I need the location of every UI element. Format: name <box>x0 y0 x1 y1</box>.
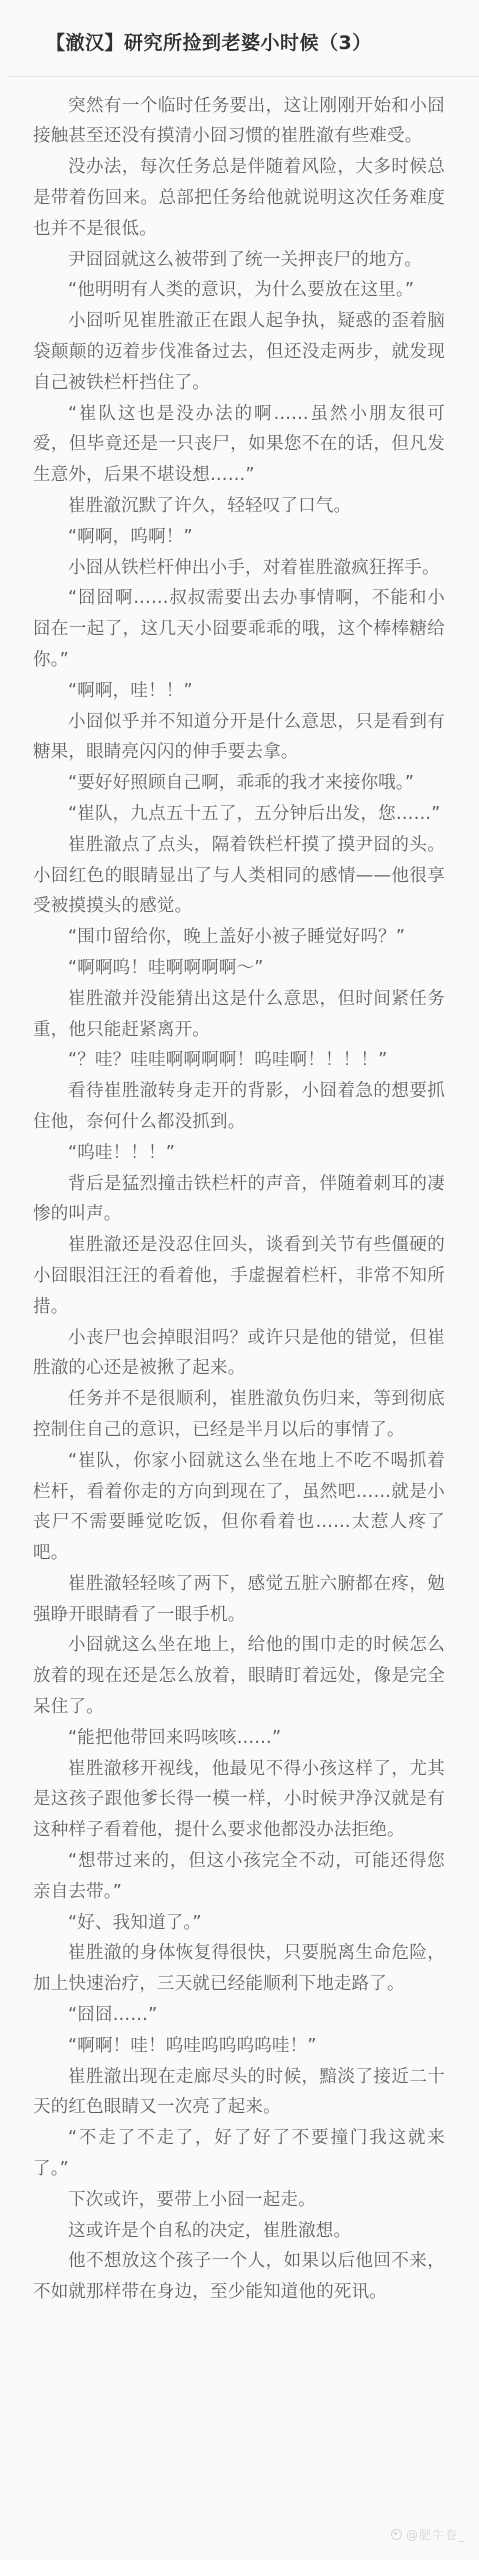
paragraph: “能把他带回来吗咳咳……” <box>33 1723 445 1754</box>
paragraph: “呜哇！！！” <box>33 1138 445 1169</box>
paragraph: “崔队，九点五十五了，五分钟后出发，您……” <box>33 799 445 830</box>
paragraph: 崔胜澈轻轻咳了两下，感觉五脏六腑都在疼，勉强睁开眼睛看了一眼手机。 <box>33 1569 445 1631</box>
paragraph: “崔队，你家小囧就这么坐在地上不吃不喝抓着栏杆，看着你走的方向到现在了，虽然吧…… <box>33 1446 445 1569</box>
paragraph: 小囧从铁栏杆伸出小手，对着崔胜澈疯狂挥手。 <box>33 553 445 584</box>
paragraph: “囧囧啊……叔叔需要出去办事情啊，不能和小囧在一起了，这几天小囧要乖乖的哦，这个… <box>33 583 445 675</box>
paragraph: “想带过来的，但这小孩完全不动，可能还得您亲自去带。” <box>33 1846 445 1908</box>
article-body: 突然有一个临时任务要出，这让刚刚开始和小囧接触甚至还没有摸清小囧习惯的崔胜澈有些… <box>0 77 479 2308</box>
paragraph: “啊啊，哇！！” <box>33 676 445 707</box>
paragraph: “围巾留给你，晚上盖好小被子睡觉好吗？” <box>33 922 445 953</box>
paragraph: 崔胜澈点了点头，隔着铁栏杆摸了摸尹囧的头。小囧红色的眼睛显出了与人类相同的感情—… <box>33 830 445 922</box>
paragraph: “啊啊呜！哇啊啊啊啊～” <box>33 953 445 984</box>
paragraph: 崔胜澈移开视线，他最见不得小孩这样了，尤其是这孩子跟他爹长得一模一样，小时候尹净… <box>33 1754 445 1846</box>
paragraph: “要好好照顾自己啊，乖乖的我才来接你哦。” <box>33 768 445 799</box>
paragraph: 小丧尸也会掉眼泪吗？或许只是他的错觉，但崔胜澈的心还是被揪了起来。 <box>33 1323 445 1385</box>
paragraph: 崔胜澈并没能猜出这是什么意思，但时间紧任务重，他只能赶紧离开。 <box>33 984 445 1046</box>
watermark-handle: @肥牛卷_ <box>406 2526 465 2543</box>
article-page: 【澈汉】研究所捡到老婆小时候（3） 突然有一个临时任务要出，这让刚刚开始和小囧接… <box>0 0 479 2560</box>
paragraph: “崔队这也是没办法的啊……虽然小朋友很可爱，但毕竟还是一只丧尸，如果您不在的话，… <box>33 399 445 491</box>
paragraph: 看待崔胜澈转身走开的背影，小囧着急的想要抓住他，奈何什么都没抓到。 <box>33 1076 445 1138</box>
paragraph: “？哇？哇哇啊啊啊啊！呜哇啊！！！！” <box>33 1045 445 1076</box>
paragraph: 崔胜澈出现在走廊尽头的时候，黯淡了接近二十天的红色眼睛又一次亮了起来。 <box>33 2062 445 2124</box>
paragraph: 下次或许，要带上小囧一起走。 <box>33 2185 445 2216</box>
paragraph: 这或许是个自私的决定，崔胜澈想。 <box>33 2216 445 2247</box>
paragraph: 他不想放这个孩子一个人，如果以后他回不来，不如就那样带在身边，至少能知道他的死讯… <box>33 2246 445 2308</box>
paragraph: “好、我知道了。” <box>33 1908 445 1939</box>
weibo-camera-icon <box>391 2529 402 2540</box>
paragraph: 崔胜澈还是没忍住回头，谈看到关节有些僵硬的小囧眼泪汪汪的看着他，手虚握着栏杆，非… <box>33 1230 445 1322</box>
article-title: 【澈汉】研究所捡到老婆小时候（3） <box>0 0 479 57</box>
paragraph: “不走了不走了，好了好了不要撞门我这就来了。” <box>33 2123 445 2185</box>
paragraph: 崔胜澈沉默了许久，轻轻叹了口气。 <box>33 491 445 522</box>
paragraph: “囧囧……” <box>33 2000 445 2031</box>
paragraph: 尹囧囧就这么被带到了统一关押丧尸的地方。 <box>33 245 445 276</box>
paragraph: “啊啊，呜啊！” <box>33 522 445 553</box>
paragraph: 突然有一个临时任务要出，这让刚刚开始和小囧接触甚至还没有摸清小囧习惯的崔胜澈有些… <box>33 91 445 153</box>
paragraph: 小囧似乎并不知道分开是什么意思，只是看到有糖果，眼睛亮闪闪的伸手要去拿。 <box>33 707 445 769</box>
paragraph: 小囧就这么坐在地上，给他的围巾走的时候怎么放着的现在还是怎么放着，眼睛盯着远处，… <box>33 1630 445 1722</box>
paragraph: 小囧听见崔胜澈正在跟人起争执，疑惑的歪着脑袋颠颠的迈着步伐准备过去，但还没走两步… <box>33 306 445 398</box>
paragraph: 任务并不是很顺利，崔胜澈负伤归来，等到彻底控制住自己的意识，已经是半月以后的事情… <box>33 1384 445 1446</box>
paragraph: 没办法，每次任务总是伴随着风险，大多时候总是带着伤回来。总部把任务给他就说明这次… <box>33 152 445 244</box>
paragraph: 背后是猛烈撞击铁栏杆的声音，伴随着刺耳的凄惨的叫声。 <box>33 1169 445 1231</box>
watermark: @肥牛卷_ <box>391 2526 465 2543</box>
paragraph: 崔胜澈的身体恢复得很快，只要脱离生命危险，加上快速治疗，三天就已经能顺利下地走路… <box>33 1938 445 2000</box>
paragraph: “啊啊！哇！呜哇呜呜呜呜哇！” <box>33 2031 445 2062</box>
paragraph: “他明明有人类的意识，为什么要放在这里。” <box>33 275 445 306</box>
